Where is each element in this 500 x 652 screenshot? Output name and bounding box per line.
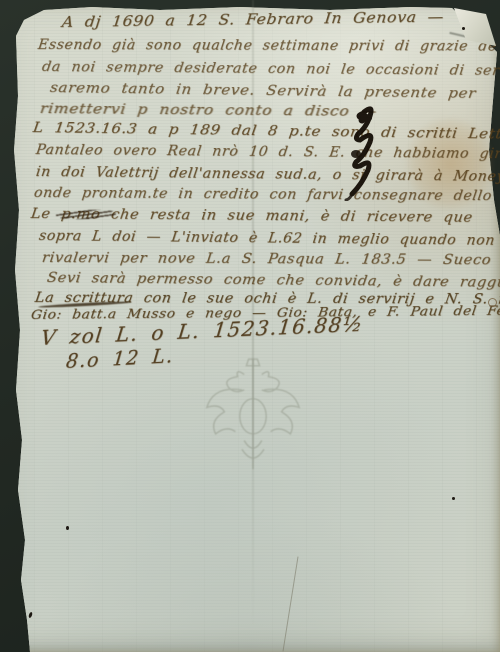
photo-background: A dj 1690 a 12 S. Febraro In Genova — Es…: [0, 0, 500, 652]
ink-speck: [66, 526, 69, 530]
handwritten-line: rivalervi per nove L.a S. Pasqua L. 183.…: [41, 250, 500, 268]
handwritten-line: Essendo già sono qualche settimane privi…: [37, 37, 500, 55]
handwritten-line: rimettervi p nostro conto a disco —: [39, 101, 378, 120]
paraph-circle: [488, 298, 497, 307]
ink-blot-icon: [330, 106, 386, 205]
ink-speck: [462, 27, 465, 30]
ink-speck: [452, 497, 455, 500]
